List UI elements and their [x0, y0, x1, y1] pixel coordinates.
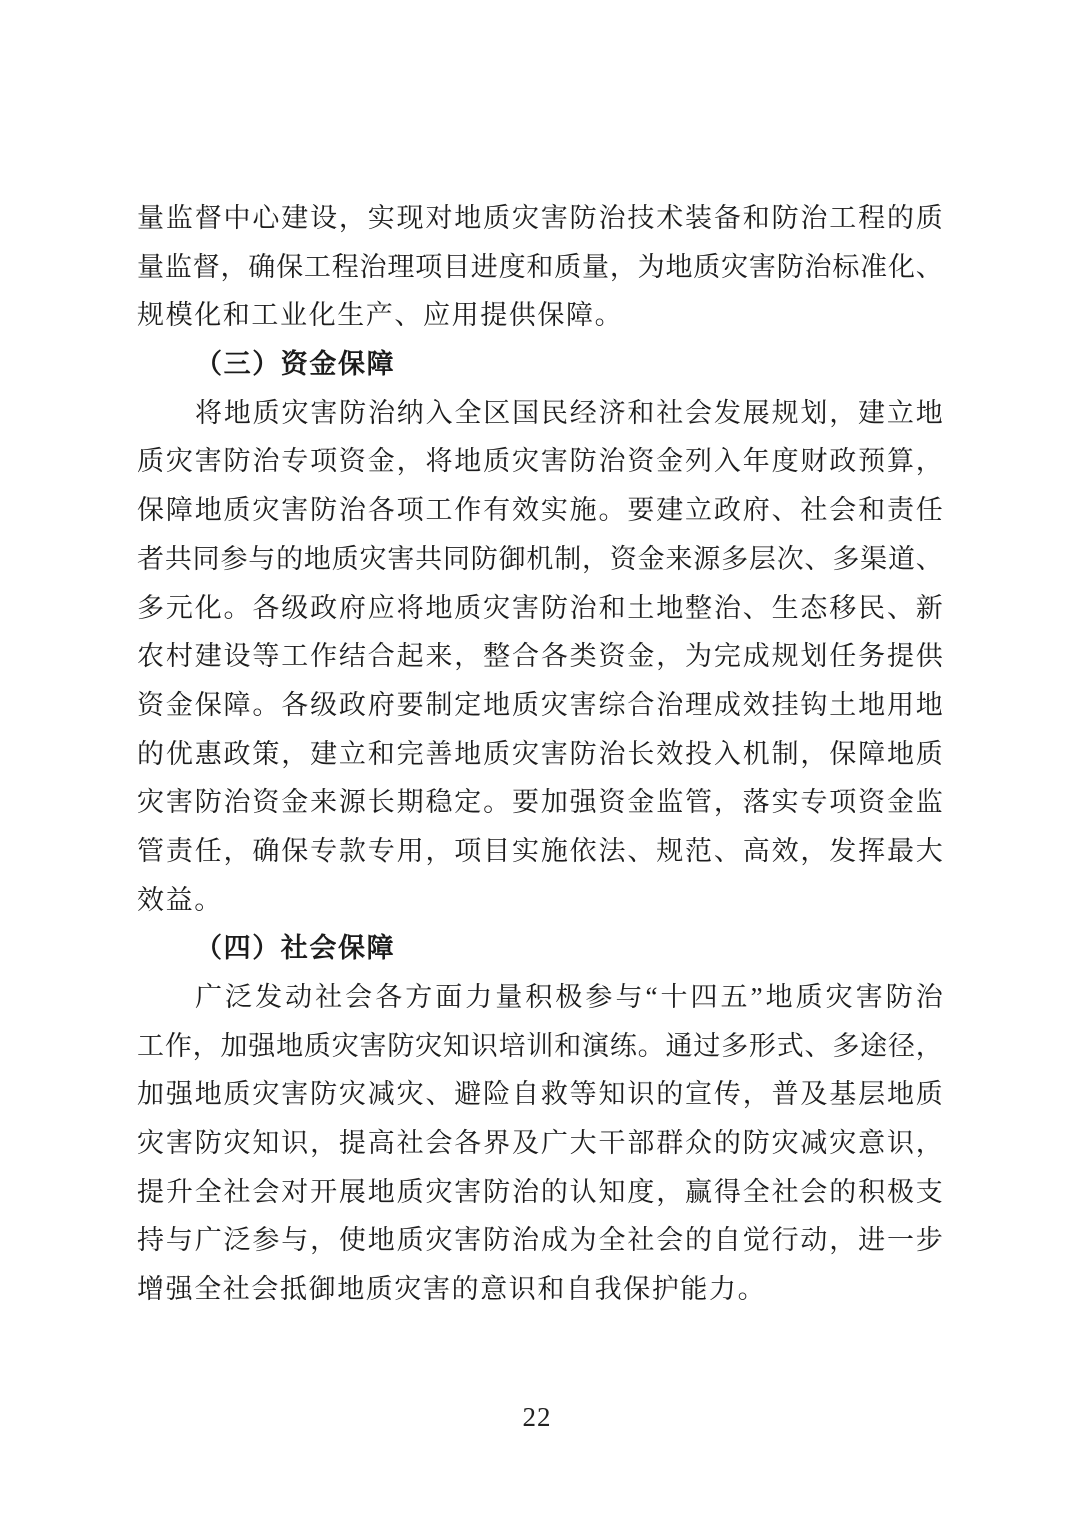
text-char: 金 — [638, 535, 665, 584]
text-char: 资 — [339, 437, 366, 486]
text-char: ， — [656, 1168, 683, 1217]
text-char: 、 — [743, 584, 770, 633]
text-char: 积 — [858, 1168, 885, 1217]
text-char: 质 — [137, 437, 164, 486]
text-char: 保 — [276, 243, 303, 292]
text-char: 质 — [512, 681, 539, 730]
text-char: 资 — [599, 778, 626, 827]
text-char: 作 — [310, 632, 337, 681]
text-char: 金 — [627, 632, 654, 681]
text-char: ， — [916, 1022, 943, 1071]
text-char: 会 — [829, 486, 856, 535]
text-char: 移 — [829, 584, 856, 633]
text-char: ， — [193, 1022, 220, 1071]
text-line: 工作，加强地质灾害防灾知识培训和演练。通过多形式、多途径， — [137, 1022, 943, 1071]
text-char: 规 — [656, 827, 683, 876]
text-char: 灾 — [224, 1119, 251, 1168]
text-char: 府 — [743, 486, 770, 535]
text-char: 范 — [685, 827, 712, 876]
text-char: 治 — [714, 584, 741, 633]
text-char: 地 — [454, 730, 481, 779]
text-char: 识 — [627, 1070, 654, 1119]
text-char: 的 — [714, 1119, 741, 1168]
text-char: 质 — [916, 730, 943, 779]
text-char: 完 — [714, 632, 741, 681]
text-char: 化 — [888, 243, 915, 292]
text-char: 合 — [627, 681, 654, 730]
text-char: 多 — [721, 1022, 748, 1071]
text-char: 、 — [805, 535, 832, 584]
text-char: 政 — [224, 730, 251, 779]
text-char: 高 — [743, 827, 770, 876]
text-char: 入 — [714, 730, 741, 779]
text-char: 定 — [454, 681, 481, 730]
text-char: 效 — [656, 730, 683, 779]
text-char: 最 — [887, 827, 914, 876]
text-char: 地 — [454, 194, 481, 243]
text-char: 治 — [368, 389, 395, 438]
text-char: 极 — [887, 1168, 914, 1217]
text-char: 得 — [714, 1168, 741, 1217]
text-char: ， — [582, 535, 609, 584]
text-char: 地 — [656, 584, 683, 633]
text-char: 算 — [887, 437, 914, 486]
text-char: 村 — [166, 632, 193, 681]
text-char: 结 — [339, 632, 366, 681]
text-line: 资金保障。各级政府要制定地质灾害综合治理成效挂钩土地用地 — [137, 681, 943, 730]
text-char: 要 — [627, 486, 654, 535]
text-char: 会 — [345, 973, 372, 1022]
text-char: 防 — [570, 437, 597, 486]
text-char: 自 — [512, 1070, 539, 1119]
text-char: 质 — [483, 730, 510, 779]
text-char: 规 — [772, 389, 799, 438]
text-char: 效 — [772, 827, 799, 876]
text-char: 全 — [743, 1168, 770, 1217]
text-char: 管 — [685, 778, 712, 827]
text-char: 现 — [397, 194, 424, 243]
text-char: 强 — [248, 1022, 275, 1071]
text-char: 治 — [805, 243, 832, 292]
text-char: 各 — [368, 486, 395, 535]
text-char: 防 — [483, 1168, 510, 1217]
text-char: ， — [610, 243, 637, 292]
text-char: 和 — [368, 730, 395, 779]
text-char: 救 — [541, 1070, 568, 1119]
text-char: 地 — [454, 437, 481, 486]
text-line: 提升全社会对开展地质灾害防治的认知度，赢得全社会的积极支 — [137, 1168, 943, 1217]
text-char: 政 — [310, 584, 337, 633]
text-char: 灾 — [425, 1168, 452, 1217]
text-char: ， — [829, 1216, 856, 1265]
text-char: 金 — [281, 778, 308, 827]
text-char: 灾 — [512, 730, 539, 779]
text-char: 泛 — [225, 973, 252, 1022]
text-char: 四 — [691, 973, 718, 1022]
text-char: 多 — [137, 584, 164, 633]
text-char: 资 — [627, 437, 654, 486]
text-char: 投 — [685, 730, 712, 779]
text-char: 任 — [916, 486, 943, 535]
text-char: 与 — [166, 1216, 193, 1265]
text-char: 发 — [714, 389, 741, 438]
text-char: 目 — [483, 827, 510, 876]
text-char: 等 — [252, 632, 279, 681]
text-char: 灾 — [541, 681, 568, 730]
text-char: 和 — [858, 486, 885, 535]
text-char: 督 — [193, 243, 220, 292]
text-char: 心 — [252, 194, 279, 243]
text-char: 避 — [454, 1070, 481, 1119]
text-char: 全 — [195, 1168, 222, 1217]
text-char: 地 — [224, 389, 251, 438]
text-char: 土 — [829, 681, 856, 730]
text-char: 将 — [397, 584, 424, 633]
text-char: 练 — [610, 1022, 637, 1071]
text-char: 面 — [435, 973, 462, 1022]
text-char: 化 — [195, 584, 222, 633]
text-char: 基 — [829, 1070, 856, 1119]
text-char: 项 — [829, 778, 856, 827]
text-char: ， — [310, 1216, 337, 1265]
text-char: 步 — [916, 1216, 943, 1265]
text-char: 与 — [281, 1216, 308, 1265]
text-char: 民 — [858, 584, 885, 633]
text-char: 使 — [339, 1216, 366, 1265]
text-char: 意 — [858, 1119, 885, 1168]
text-char: 险 — [483, 1070, 510, 1119]
text-char: 准 — [860, 243, 887, 292]
text-char: 地 — [368, 1216, 395, 1265]
text-char: 提 — [887, 632, 914, 681]
text-line: 加强地质灾害防灾减灾、避险自救等知识的宣传，普及基层地质 — [137, 1070, 943, 1119]
text-char: 强 — [570, 778, 597, 827]
text-char: 任 — [829, 632, 856, 681]
text-char: 灾 — [137, 778, 164, 827]
text-char: 地 — [425, 584, 452, 633]
text-char: 度 — [772, 437, 799, 486]
text-char: 灾 — [252, 1070, 279, 1119]
text-char: 传 — [714, 1070, 741, 1119]
text-char: 度 — [627, 1168, 654, 1217]
text-char: 及 — [800, 1070, 827, 1119]
text-char: 御 — [499, 535, 526, 584]
text-char: 法 — [599, 827, 626, 876]
text-char: 实 — [368, 194, 395, 243]
text-char: 会 — [800, 1168, 827, 1217]
text-char: 防 — [195, 778, 222, 827]
text-char: 来 — [310, 778, 337, 827]
text-char: 装 — [685, 194, 712, 243]
text-char: 治 — [800, 194, 827, 243]
text-char: 用 — [397, 827, 424, 876]
text-char: 起 — [397, 632, 424, 681]
text-char: 度 — [499, 243, 526, 292]
section-heading: （三）资金保障 — [137, 340, 943, 389]
text-char: 灾 — [281, 389, 308, 438]
text-char: 动 — [800, 1216, 827, 1265]
text-char: 供 — [916, 632, 943, 681]
text-char: 质 — [253, 389, 280, 438]
text-char: 国 — [512, 389, 539, 438]
text-char: 式 — [777, 1022, 804, 1071]
text-char: 的 — [685, 1216, 712, 1265]
text-char: 的 — [276, 535, 303, 584]
text-char: 建 — [310, 730, 337, 779]
text-char: 入 — [426, 389, 453, 438]
text-char: 长 — [368, 778, 395, 827]
text-char: 资 — [599, 632, 626, 681]
text-char: 长 — [627, 730, 654, 779]
text-char: 及 — [512, 1119, 539, 1168]
text-char: ， — [829, 389, 856, 438]
text-char: 质 — [693, 243, 720, 292]
text-char: 备 — [714, 194, 741, 243]
text-char: 害 — [570, 681, 597, 730]
text-char: 识 — [887, 1119, 914, 1168]
text-char: 地 — [858, 681, 885, 730]
text-char: 自 — [714, 1216, 741, 1265]
text-char: 项 — [454, 827, 481, 876]
text-char: 同 — [193, 535, 220, 584]
text-char: 项 — [310, 437, 337, 486]
text-char: 新 — [916, 584, 943, 633]
text-char: 道 — [888, 535, 915, 584]
text-char: 为 — [638, 243, 665, 292]
text-char: 社 — [800, 486, 827, 535]
text-line: 管责任，确保专款专用，项目实施依法、规范、高效，发挥最大 — [137, 827, 943, 876]
text-char: 治 — [599, 730, 626, 779]
text-char: 善 — [425, 730, 452, 779]
text-char: 地 — [483, 681, 510, 730]
text-char: 的 — [541, 1168, 568, 1217]
text-char: 技 — [627, 194, 654, 243]
text-char: 灾 — [512, 437, 539, 486]
text-char: 多 — [832, 535, 859, 584]
text-char: 理 — [387, 243, 414, 292]
text-char: 演 — [582, 1022, 609, 1071]
text-char: 专 — [800, 778, 827, 827]
text-char: 府 — [339, 584, 366, 633]
text-char: 制 — [772, 730, 799, 779]
text-char: 宣 — [685, 1070, 712, 1119]
text-char: 升 — [166, 1168, 193, 1217]
text-char: 治 — [599, 437, 626, 486]
text-char: 方 — [405, 973, 432, 1022]
text-char: 强 — [166, 1070, 193, 1119]
text-char: 形 — [749, 1022, 776, 1071]
text-char: 治 — [339, 486, 366, 535]
text-char: 知 — [443, 1022, 470, 1071]
text-char: 质 — [916, 1070, 943, 1119]
text-char: 制 — [425, 681, 452, 730]
text-char: 害 — [281, 1070, 308, 1119]
text-char: 地 — [276, 1022, 303, 1071]
text-char: 会 — [685, 389, 712, 438]
text-char: 和 — [599, 584, 626, 633]
text-char: 立 — [685, 486, 712, 535]
text-line: 的优惠政策，建立和完善地质灾害防治长效投入机制，保障地质 — [137, 730, 943, 779]
text-char: 共 — [415, 535, 442, 584]
text-char: 。 — [638, 1022, 665, 1071]
text-char: 灾 — [332, 1022, 359, 1071]
text-char: 防 — [471, 535, 498, 584]
text-char: 民 — [541, 389, 568, 438]
text-char: 纳 — [397, 389, 424, 438]
text-char: 监 — [656, 778, 683, 827]
page-number: 22 — [0, 1402, 1074, 1433]
text-char: 级 — [310, 681, 337, 730]
text-char: 质 — [224, 486, 251, 535]
text-char: 障 — [166, 486, 193, 535]
text-char: 完 — [397, 730, 424, 779]
text-char: 支 — [916, 1168, 943, 1217]
text-char: 保 — [281, 827, 308, 876]
text-char: 害 — [281, 486, 308, 535]
text-char: 障 — [224, 681, 251, 730]
text-char: 确 — [248, 243, 275, 292]
text-char: 效 — [512, 486, 539, 535]
text-char: 加 — [220, 1022, 247, 1071]
text-char: 过 — [693, 1022, 720, 1071]
text-char: 建 — [656, 486, 683, 535]
text-char: 者 — [137, 535, 164, 584]
text-char: 工 — [425, 486, 452, 535]
text-char: 挥 — [858, 827, 885, 876]
text-char: 任 — [195, 827, 222, 876]
text-char: 治 — [512, 1216, 539, 1265]
text-char: 地 — [887, 1070, 914, 1119]
text-char: 知 — [252, 1119, 279, 1168]
text-char: 设 — [224, 632, 251, 681]
text-char: 规 — [772, 632, 799, 681]
text-char: 建 — [195, 632, 222, 681]
text-char: 防 — [772, 194, 799, 243]
text-char: 工 — [281, 632, 308, 681]
text-char: 径 — [888, 1022, 915, 1071]
text-line: 广泛发动社会各方面力量积极参与“十四五”地质灾害防治 — [137, 973, 943, 1022]
text-char: 整 — [483, 632, 510, 681]
text-char: 程 — [332, 243, 359, 292]
text-char: 认 — [570, 1168, 597, 1217]
text-char: 防 — [570, 194, 597, 243]
text-char: 界 — [483, 1119, 510, 1168]
text-char: 发 — [255, 973, 282, 1022]
text-char: 赢 — [685, 1168, 712, 1217]
text-char: 高 — [368, 1119, 395, 1168]
text-char: 质 — [397, 1168, 424, 1217]
text-char: 灾 — [339, 1070, 366, 1119]
text-char: 社 — [627, 1216, 654, 1265]
text-char: 治 — [252, 437, 279, 486]
text-char: 各 — [375, 973, 402, 1022]
text-char: 标 — [832, 243, 859, 292]
text-char: 质 — [397, 1216, 424, 1265]
text-char: 年 — [743, 437, 770, 486]
text-char: 策 — [252, 730, 279, 779]
text-char: 和 — [743, 194, 770, 243]
text-char: 灾 — [772, 1119, 799, 1168]
text-char: 等 — [570, 1070, 597, 1119]
text-char: “ — [645, 973, 657, 1022]
text-char: 减 — [368, 1070, 395, 1119]
text-char: 和 — [526, 243, 553, 292]
text-char: 各 — [541, 632, 568, 681]
text-char: 治 — [916, 973, 943, 1022]
text-char: 展 — [743, 389, 770, 438]
text-char: 保 — [829, 730, 856, 779]
text-char: 划 — [800, 389, 827, 438]
text-char: 理 — [685, 681, 712, 730]
text-char: ， — [339, 194, 366, 243]
text-char: 防 — [310, 1070, 337, 1119]
text-char: 质 — [332, 535, 359, 584]
text-char: 一 — [887, 1216, 914, 1265]
text-char: 广 — [195, 1216, 222, 1265]
text-char: 众 — [685, 1119, 712, 1168]
text-char: 参 — [585, 973, 612, 1022]
text-char: 定 — [454, 778, 481, 827]
text-char: 地 — [368, 1168, 395, 1217]
text-char: 立 — [887, 389, 914, 438]
text-char: 防 — [339, 389, 366, 438]
text-line: 灾害防灾知识，提高社会各界及广大干部群众的防灾减灾意识， — [137, 1119, 943, 1168]
text-char: 治 — [360, 243, 387, 292]
text-char: 防 — [777, 243, 804, 292]
text-char: 来 — [665, 535, 692, 584]
text-char: 社 — [315, 973, 342, 1022]
text-char: 灾 — [360, 535, 387, 584]
text-char: 动 — [285, 973, 312, 1022]
text-char: 地 — [195, 1070, 222, 1119]
text-char: 治 — [599, 194, 626, 243]
text-char: 将 — [425, 437, 452, 486]
text-char: 防 — [387, 1022, 414, 1071]
text-char: 积 — [525, 973, 552, 1022]
text-char: 期 — [397, 778, 424, 827]
text-char: 态 — [800, 584, 827, 633]
text-line: 质灾害防治专项资金，将地质灾害防治资金列入年度财政预算， — [137, 437, 943, 486]
text-char: 全 — [454, 389, 481, 438]
text-char: 稳 — [425, 778, 452, 827]
text-char: 灾 — [721, 243, 748, 292]
text-char: 资 — [252, 778, 279, 827]
text-char: 治 — [570, 584, 597, 633]
text-char: 灾 — [252, 486, 279, 535]
text-char: 层 — [749, 535, 776, 584]
text-char: 力 — [465, 973, 492, 1022]
text-char: 府 — [368, 681, 395, 730]
text-char: 专 — [368, 827, 395, 876]
text-char: 同 — [443, 535, 470, 584]
text-line: 持与广泛参与，使地质灾害防治成为全社会的自觉行动，进一步 — [137, 1216, 943, 1265]
text-char: 质 — [554, 243, 581, 292]
text-char: 灾 — [397, 1070, 424, 1119]
text-char: 质 — [916, 194, 943, 243]
text-char: 量 — [137, 194, 164, 243]
text-char: 土 — [627, 584, 654, 633]
text-char: 成 — [714, 681, 741, 730]
text-char: 资 — [858, 778, 885, 827]
text-line: 将地质灾害防治纳入全区国民经济和社会发展规划，建立地 — [137, 389, 943, 438]
text-char: 、 — [805, 1022, 832, 1071]
text-char: 全 — [599, 1216, 626, 1265]
text-char: 施 — [570, 486, 597, 535]
text-char: 建 — [858, 389, 885, 438]
text-char: 质 — [224, 1070, 251, 1119]
text-char: ， — [714, 778, 741, 827]
text-char: 惠 — [195, 730, 222, 779]
